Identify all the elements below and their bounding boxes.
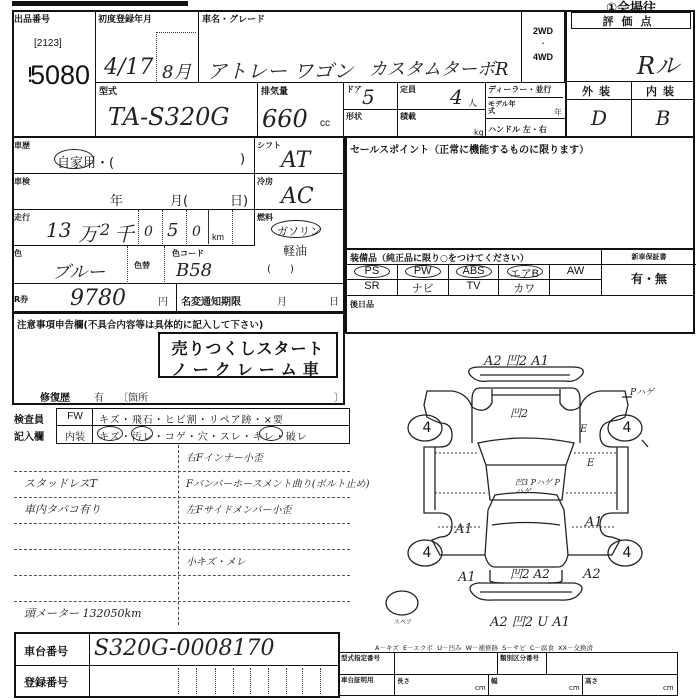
first-reg-label: 初度登録年月 [98, 12, 152, 25]
damage-legend: A－キズ E－エクボ U－凹み W－補修跡 S－サビ C－腐食 XX－交換済 [375, 643, 593, 652]
fw-items: キズ・飛石・ヒビ割・リペア跡・×要 [99, 411, 284, 426]
hood-note: 凹2 [510, 405, 528, 421]
ac-cell: 冷房 AC [255, 174, 345, 210]
header-stripe [12, 1, 188, 6]
note-right: 小キズ・メレ [186, 553, 246, 568]
right-rear-fender-note: A2 [583, 567, 601, 582]
shift-cell: シフト AT [255, 138, 345, 174]
color-value: ブルー [52, 258, 105, 284]
equipment-item: SR [347, 280, 398, 296]
sales-point-cell: セールスポイント（正常に機能するものに限ります） [345, 138, 695, 250]
mileage-digit-1: 0 [144, 224, 153, 240]
displacement-cell: 排気量 660 cc [258, 83, 344, 138]
recycle-amount: 9780 [70, 286, 126, 311]
car-name-cell: 車名・グレード アトレー ワゴン カスタムターボR [198, 10, 521, 83]
recycle-cell: R券 9780 円 [12, 284, 177, 313]
right-front-door-note: E [587, 458, 594, 469]
fuel-cell: 燃料 ガソリン 軽油 ( ) [255, 210, 345, 284]
fuel-circle [271, 220, 321, 238]
windshield-note: Pハゲ [630, 385, 654, 398]
handle-label: ハンドル 左・右 [488, 124, 547, 135]
note-left: 頭メーター 132050km [24, 605, 142, 621]
note-left: スタッドレスT [24, 475, 97, 491]
capacity-cell: 定員 4 人 [398, 83, 486, 110]
roof-note: 凹3 Pハゲ Pハゲ [515, 478, 565, 496]
left-rear-fender-note: A1 [458, 570, 476, 585]
history-cell: 車歴 自家用・( ) [12, 138, 255, 174]
ac-value: AC [281, 184, 314, 209]
shift-value: AT [281, 148, 310, 173]
color-cell: 色 ブルー 色替 色コード B58 [12, 246, 255, 284]
equipment-item: エアB [499, 265, 550, 279]
lot-sub: [2123] [34, 38, 62, 49]
model-code: TA-S320G [108, 103, 230, 131]
tire-rear-left: 4 [412, 545, 442, 561]
equipment-item: カワ [499, 280, 550, 296]
displacement-value: 660 [262, 105, 308, 133]
right-rear-door-note: A1 [585, 515, 603, 530]
equipment-item: PW [398, 265, 449, 279]
mileage-sen: 2 [100, 220, 110, 239]
warranty-value: 有・無 [602, 270, 696, 287]
score-label: 評価点 [571, 12, 691, 29]
back-door-note: 凹2 A2 [510, 565, 550, 582]
mileage-digit-2: 5 [167, 220, 178, 241]
note-right: Fバンパーホースメント曲り(ボルト止め) [186, 475, 370, 490]
equipment-cell: 装備品（純正品に限り○をつけてください） 新車保証書 有・無 PSPWABSエア… [345, 250, 695, 296]
exterior-label: 外装 [567, 83, 631, 99]
equipment-item: AW [550, 265, 601, 279]
equipment-circle [456, 265, 492, 278]
inspector-block: 検査員 記入欄 FW 内装 キズ・飛石・ヒビ割・リペア跡・×要 キズ・汚レ・コゲ… [12, 408, 352, 444]
car-name: アトレー ワゴン [207, 55, 353, 84]
equipment-item: ナビ [398, 280, 449, 296]
front-bumper-note: A2 凹2 A1 [484, 350, 549, 369]
doors-value: 5 [362, 85, 375, 109]
lot-label: 出品番号 [14, 12, 50, 25]
car-grade: カスタムターボR [369, 55, 509, 81]
drive-4wd: 4WD [522, 52, 564, 62]
model-cell: 型式 TA-S320G [96, 83, 258, 138]
spare-label: スペア [394, 617, 412, 626]
equipment-item: TV [449, 280, 500, 296]
lot-mark: ! [26, 63, 34, 87]
equipment-circle [507, 265, 543, 278]
mileage-man: 13 [46, 218, 71, 242]
dimensions-block: 型式指定番号 類別区分番号 車台証明用 長さ cm 幅 cm 高さ cm [338, 652, 678, 696]
shape-cell: 形状 [344, 110, 398, 138]
first-reg-year: 4/17 [104, 55, 153, 80]
equipment-row-1: PSPWABSエアBAW [347, 265, 601, 280]
rear-bumper-note: A2 凹2 U A1 [490, 611, 570, 630]
note-right: 左Fサイドメンバー小歪 [186, 501, 291, 516]
car-name-label: 車名・グレード [202, 12, 265, 25]
name-change-cell: 名変通知期限 月 日 [177, 284, 345, 313]
first-registration-cell: 初度登録年月 4/17 8月 [96, 10, 198, 83]
chassis-number: S320G-0008170 [94, 636, 274, 661]
chassis-block: 車台番号 S320G-0008170 登録番号 [14, 632, 340, 698]
exterior-grade: D [567, 106, 631, 130]
registration-number-field [90, 666, 338, 696]
score-cell: 評価点 Rル 外装 内装 D B [565, 10, 695, 138]
notes-cell: 注意事項申告欄(不具合内容等は具体的に記入して下さい) 売りつくしスタート ノー… [12, 313, 345, 405]
inspection-cell: 車検 年 月( 日) [12, 174, 255, 210]
load-cell: 積載 kg [398, 110, 486, 138]
mileage-cell: 走行 13 万 2 千 0 5 0 km [12, 210, 255, 246]
tire-rear-right: 4 [612, 545, 642, 561]
score-value: Rル [637, 46, 679, 81]
handwritten-notes: 右Fインナー小歪スタッドレスTFバンパーホースメント曲り(ボルト止め)車内タバコ… [14, 445, 350, 625]
capacity-value: 4 [450, 85, 463, 109]
tire-front-left: 4 [412, 420, 442, 436]
later-items-cell: 後日品 [345, 296, 695, 334]
first-reg-month: 8月 [162, 58, 191, 84]
lot-number: 5080 [30, 60, 90, 91]
drive-type-cell: 2WD ・ 4WD [521, 10, 565, 83]
note-left: 車内タバコ有り [24, 501, 101, 517]
doors-cell: ドア 5 [344, 83, 398, 110]
left-rear-door-note: A1 [455, 522, 473, 537]
history-circle [54, 149, 94, 169]
equipment-row-2: SRナビTVカワ [347, 280, 601, 296]
interior-label: 内装 [631, 83, 695, 99]
right-front-fender-note: E [580, 424, 587, 435]
tire-front-right: 4 [612, 420, 642, 436]
note-right: 右Fインナー小歪 [186, 449, 263, 464]
mileage-digit-3: 0 [192, 224, 201, 240]
equipment-circle [405, 265, 441, 278]
equipment-item: PS [347, 265, 398, 279]
equipment-circle [354, 265, 390, 278]
equipment-item: ABS [449, 265, 500, 279]
color-code: B58 [176, 260, 212, 281]
equipment-item [550, 280, 601, 296]
interior-grade: B [631, 106, 695, 130]
stamp-box: 売りつくしスタート ノークレーム車 [158, 332, 338, 378]
lot-number-cell: 出品番号 [2123] 5080 ! [12, 10, 96, 138]
dealer-cell: ディーラー・並行 モデル年式 年 ハンドル 左・右 [486, 83, 565, 138]
drive-2wd: 2WD [522, 26, 564, 36]
